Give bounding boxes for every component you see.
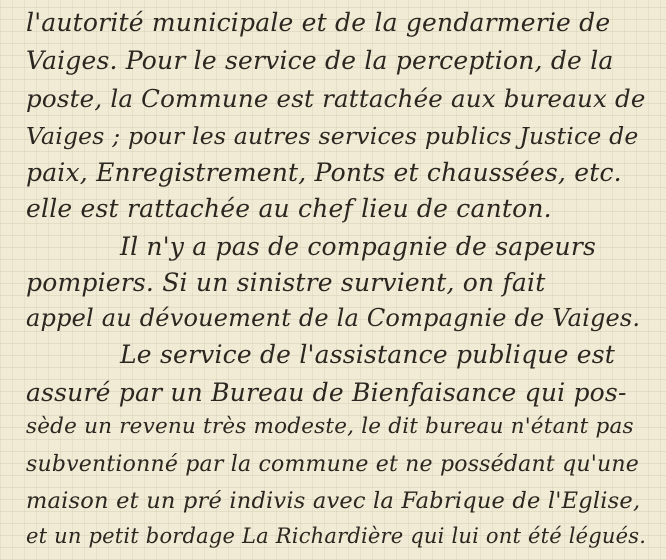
text-line: pompiers. Si un sinistre survient, on fa… [26,268,646,297]
text-line: Il n'y a pas de compagnie de sapeurs [120,232,650,261]
text-line: assuré par un Bureau de Bienfaisance qui… [26,378,646,407]
text-line: et un petit bordage La Richardière qui l… [26,524,646,548]
text-line: paix, Enregistrement, Ponts et chaussées… [26,158,646,187]
text-line: Vaiges ; pour les autres services public… [26,122,646,150]
handwritten-page: l'autorité municipale et de la gendarmer… [0,0,666,560]
text-line: maison et un pré indivis avec la Fabriqu… [26,488,646,514]
text-line: poste, la Commune est rattachée aux bure… [26,84,646,113]
text-line: Le service de l'assistance publique est [120,340,650,369]
text-line: elle est rattachée au chef lieu de canto… [26,194,646,223]
text-line: sède un revenu très modeste, le dit bure… [26,414,646,439]
text-line: Vaiges. Pour le service de la perception… [26,46,646,75]
text-line: subventionné par la commune et ne posséd… [26,452,646,477]
text-line: l'autorité municipale et de la gendarmer… [26,8,646,37]
text-line: appel au dévouement de la Compagnie de V… [26,304,646,332]
